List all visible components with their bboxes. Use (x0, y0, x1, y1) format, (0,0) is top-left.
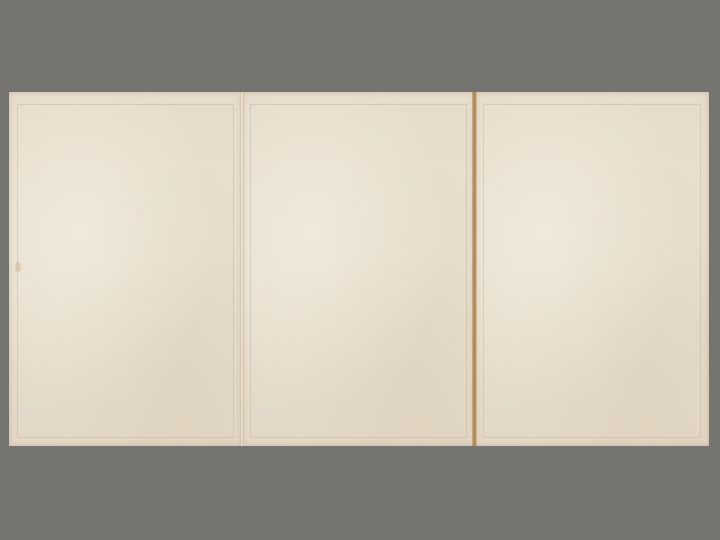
photo-background (0, 0, 720, 540)
right-panel (475, 92, 709, 446)
panel-border (17, 104, 234, 438)
edge-stain (15, 262, 21, 272)
fold-line-right (472, 92, 477, 446)
panel-border (250, 104, 467, 438)
paper-triptych (9, 92, 709, 446)
panel-border (483, 104, 701, 438)
middle-panel (242, 92, 475, 446)
fold-line-left (240, 92, 244, 446)
left-panel (9, 92, 242, 446)
